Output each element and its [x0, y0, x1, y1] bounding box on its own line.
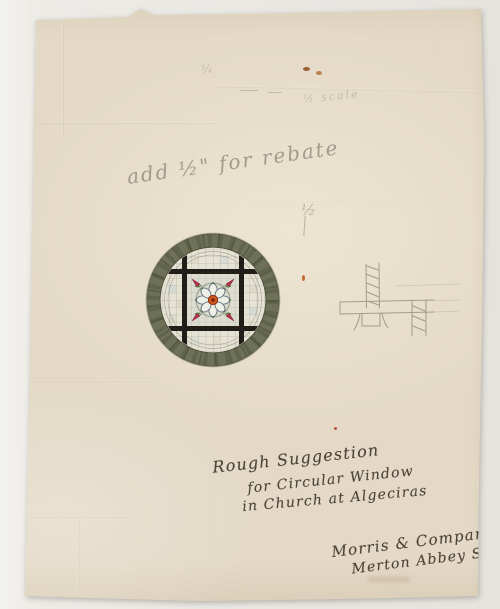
signature-line-2: Merton Abbey S.W.	[351, 543, 500, 578]
crease	[62, 18, 64, 136]
rosette	[187, 274, 240, 327]
inscription-line-1: Rough Suggestion	[211, 440, 380, 476]
crease	[24, 380, 154, 382]
pencil-note-scale: ½ scale	[303, 88, 360, 106]
crease	[212, 330, 214, 600]
crease	[250, 200, 480, 202]
stain	[303, 67, 310, 71]
stain	[316, 71, 322, 75]
crease	[36, 122, 216, 124]
stain	[334, 427, 337, 430]
section-sketch	[336, 256, 462, 348]
pencil-note-half: ½	[301, 201, 316, 219]
inscription-line-2: for Circular Window	[247, 463, 415, 496]
pencil-dash	[268, 92, 282, 93]
paper-sheet: ¾ ½ scale add ½" for rebate ½	[0, 0, 500, 609]
crease	[329, 60, 474, 152]
inscription-line-3: in Church at Algeciras	[242, 483, 429, 515]
faint-accession-mark	[368, 576, 410, 583]
crease	[78, 520, 80, 598]
pencil-dash	[240, 90, 258, 91]
crease	[215, 85, 481, 93]
signature-line-1: Morris & Company	[331, 523, 497, 561]
crease	[433, 12, 435, 92]
crease	[24, 516, 134, 518]
pencil-tick	[303, 216, 305, 236]
scanned-drawing: ¾ ½ scale add ½" for rebate ½	[0, 0, 500, 609]
stained-glass-window	[144, 231, 282, 369]
stain	[302, 275, 305, 281]
pencil-note-top-mark: ¾	[200, 61, 216, 77]
pencil-note-rebate: add ½" for rebate	[125, 135, 340, 189]
